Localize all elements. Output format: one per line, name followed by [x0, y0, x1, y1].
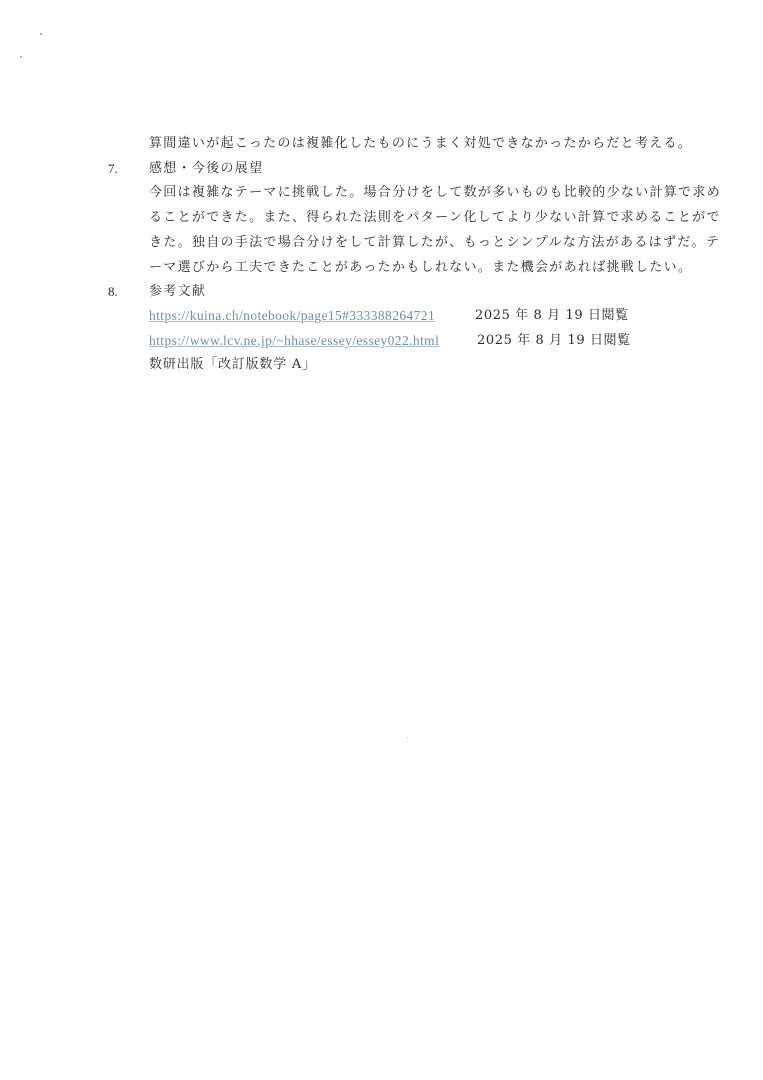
- reference-accessed-date: 2025 年 8 月 19 日閲覧: [477, 333, 631, 349]
- scan-speck: [40, 33, 42, 35]
- scan-speck: [407, 737, 408, 738]
- section-heading: 感想・今後の展望: [149, 161, 263, 177]
- section-heading: 参考文献: [149, 284, 206, 300]
- reference-item: https://www.lcv.ne.jp/~hhase/essey/essey…: [149, 333, 439, 350]
- paragraph-line: きた。独自の手法で場合分けをして計算したが、もっとシンプルな方法があるはずだ。テ: [149, 235, 720, 251]
- reference-book: 数研出版「改訂版数学 A」: [149, 357, 316, 373]
- reference-item: https://kuina.ch/notebook/page15#3333882…: [149, 308, 435, 325]
- document-page: 算間違いが起こったのは複雑化したものにうまく対処できなかったからだと考える。 7…: [0, 0, 763, 1080]
- continuation-paragraph: 算間違いが起こったのは複雑化したものにうまく対処できなかったからだと考える。: [149, 136, 692, 152]
- paragraph-line: 今回は複雑なテーマに挑戦した。場合分けをして数が多いものも比較的少ない計算で求め: [149, 185, 721, 201]
- section-number: 8.: [108, 284, 118, 300]
- section-number: 7.: [108, 161, 118, 177]
- paragraph-line: ることができた。また、得られた法則をパターン化してより少ない計算で求めることがで: [149, 210, 721, 226]
- reference-link[interactable]: https://www.lcv.ne.jp/~hhase/essey/essey…: [149, 333, 439, 348]
- paragraph-line: ーマ選びから工夫できたことがあったかもしれない。また機会があれば挑戦したい。: [149, 260, 692, 276]
- reference-accessed-date: 2025 年 8 月 19 日閲覧: [475, 308, 629, 324]
- scan-speck: [20, 56, 22, 58]
- reference-link[interactable]: https://kuina.ch/notebook/page15#3333882…: [149, 308, 435, 323]
